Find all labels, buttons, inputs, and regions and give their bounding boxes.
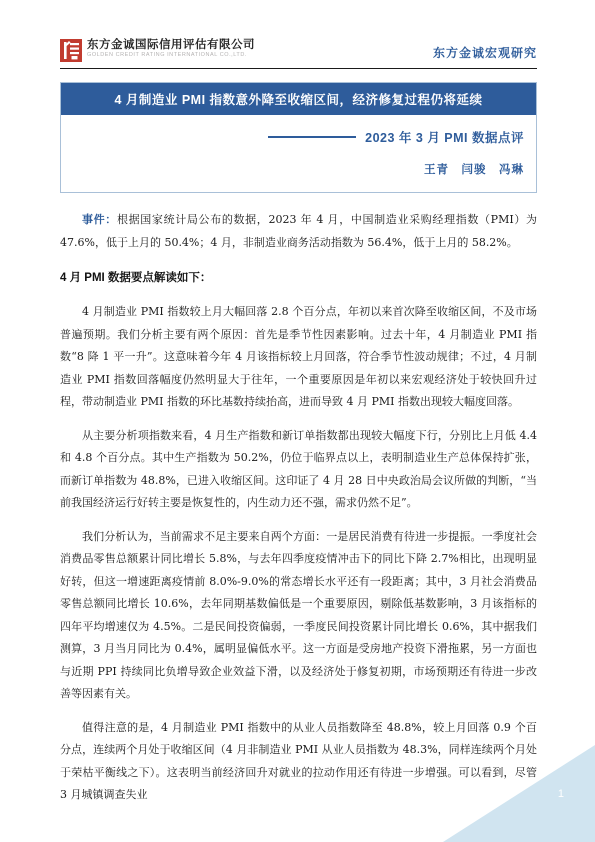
- body-paragraph: 值得注意的是，4 月制造业 PMI 指数中的从业人员指数降至 48.8%，较上月…: [60, 717, 537, 807]
- authors: 王青 闫骏 冯琳: [73, 161, 524, 177]
- company-name-cn: 东方金诚国际信用评估有限公司: [87, 38, 255, 52]
- body-paragraph: 4 月制造业 PMI 指数较上月大幅回落 2.8 个百分点，年初以来首次降至收缩…: [60, 301, 537, 414]
- research-label: 东方金诚宏观研究: [433, 44, 537, 63]
- subtitle-dash: [268, 136, 356, 138]
- logo-text: 东方金诚国际信用评估有限公司 GOLDEN CREDIT RATING INTE…: [87, 38, 255, 59]
- document-body: 事件：根据国家统计局公布的数据，2023 年 4 月，中国制造业采购经理指数（P…: [60, 208, 537, 807]
- logo-icon: [60, 38, 83, 63]
- header-divider: [60, 68, 537, 69]
- report-subtitle: 2023 年 3 月 PMI 数据点评: [365, 131, 524, 145]
- event-paragraph: 事件：根据国家统计局公布的数据，2023 年 4 月，中国制造业采购经理指数（P…: [60, 208, 537, 254]
- subtitle-row: 2023 年 3 月 PMI 数据点评: [73, 128, 524, 146]
- company-name-en: GOLDEN CREDIT RATING INTERNATIONAL CO.,L…: [87, 52, 255, 59]
- event-label: 事件：: [82, 213, 117, 226]
- body-paragraph: 从主要分析项指数来看，4 月生产指数和新订单指数都出现较大幅度下行，分别比上月低…: [60, 425, 537, 515]
- page-header: 东方金诚国际信用评估有限公司 GOLDEN CREDIT RATING INTE…: [60, 38, 537, 63]
- document-page: 东方金诚国际信用评估有限公司 GOLDEN CREDIT RATING INTE…: [0, 0, 595, 842]
- section-heading: 4 月 PMI 数据要点解读如下：: [60, 267, 537, 289]
- title-block: 4 月制造业 PMI 指数意外降至收缩区间，经济修复过程仍将延续 2023 年 …: [60, 82, 537, 193]
- body-paragraphs: 4 月制造业 PMI 指数较上月大幅回落 2.8 个百分点，年初以来首次降至收缩…: [60, 301, 537, 807]
- company-logo: 东方金诚国际信用评估有限公司 GOLDEN CREDIT RATING INTE…: [60, 38, 255, 63]
- body-paragraph: 我们分析认为，当前需求不足主要来自两个方面：一是居民消费有待进一步提振。一季度社…: [60, 526, 537, 706]
- page-number: 1: [558, 788, 564, 800]
- report-title: 4 月制造业 PMI 指数意外降至收缩区间，经济修复过程仍将延续: [61, 83, 536, 115]
- title-body: 2023 年 3 月 PMI 数据点评 王青 闫骏 冯琳: [61, 115, 536, 192]
- event-text: 根据国家统计局公布的数据，2023 年 4 月，中国制造业采购经理指数（PMI）…: [60, 213, 537, 249]
